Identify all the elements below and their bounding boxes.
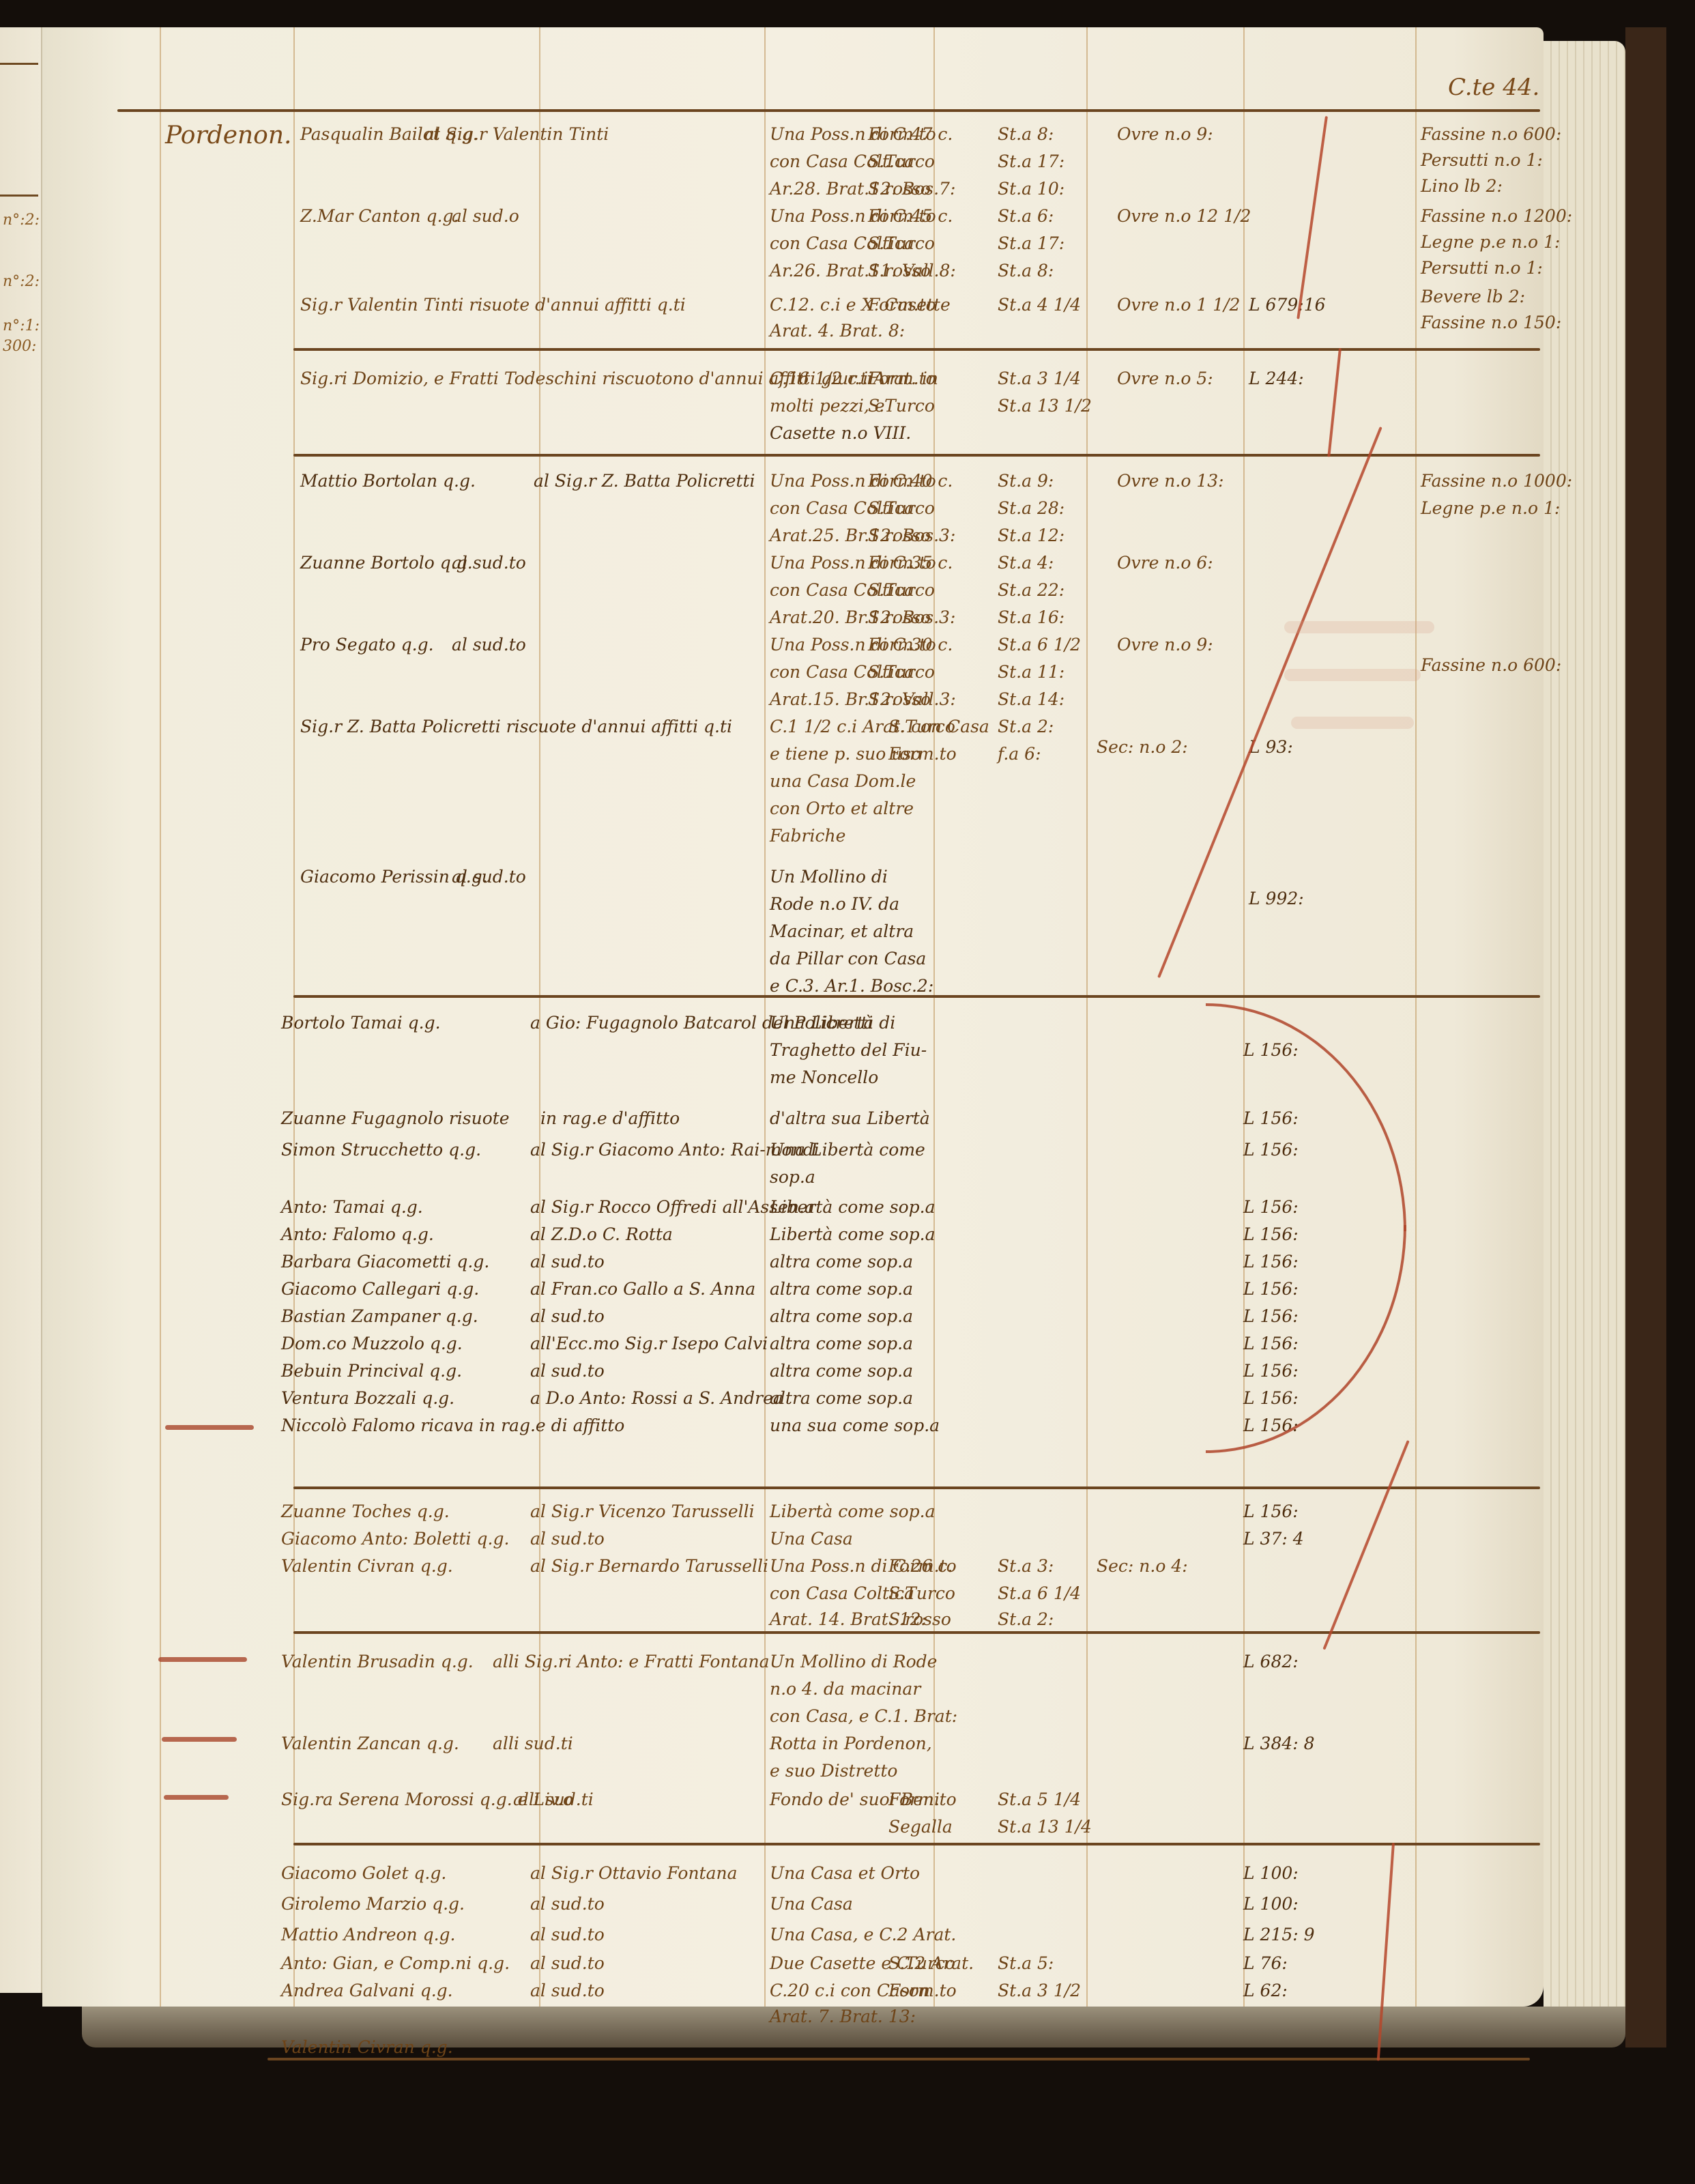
rent-amount: L 244:: [1249, 369, 1304, 389]
rent-amount: L 76:: [1243, 1953, 1288, 1974]
landlord: al sud.to: [530, 1953, 605, 1974]
livestock: Ovre n.o 12 1/2: [1117, 206, 1251, 227]
measure: St.a 12:: [998, 526, 1064, 546]
livestock: Ovre n.o 9:: [1117, 635, 1213, 655]
red-margin-mark: [165, 1425, 254, 1430]
crop: S.Turco: [888, 1583, 955, 1604]
landlord: alli sud.ti: [513, 1790, 594, 1810]
property-line: altra come sop.a: [770, 1388, 913, 1409]
property-line: Un Mollino di Rode: [770, 1652, 937, 1672]
red-smudge: [1284, 621, 1434, 633]
landlord: al Sig.r Valentin Tinti: [424, 124, 609, 145]
landlord: al sud.to: [530, 1361, 605, 1381]
crop: S.Turco: [868, 662, 935, 682]
tenant: Valentin Civran q.g.: [281, 1556, 453, 1577]
red-bracket-arc: [1206, 1225, 1406, 1453]
goods: Fassine n.o 1200:: [1421, 206, 1572, 227]
crop: Form.to: [888, 744, 957, 764]
landlord: al Sig.r Vicenzo Tarusselli: [530, 1501, 755, 1522]
crop: S.Turco: [868, 396, 935, 416]
crop: S.Turco: [868, 580, 935, 601]
landlord: alli sud.ti: [493, 1734, 573, 1754]
property-line: Traghetto del Fiu-: [770, 1040, 927, 1061]
tenant: Barbara Giacometti q.g.: [281, 1252, 489, 1272]
tenant: Sig.r Valentin Tinti risuote d'annui aff…: [300, 295, 686, 315]
measure: St.a 6:: [998, 206, 1054, 227]
section-rule: [293, 1486, 1540, 1489]
measure: St.a 6 1/4: [998, 1583, 1081, 1604]
tenant: Bastian Zampaner q.g.: [281, 1306, 478, 1327]
section-rule: [293, 1843, 1540, 1845]
rule: [0, 195, 38, 197]
rent-amount: L 62:: [1243, 1981, 1288, 2001]
property-line: con Casa, e C.1. Brat:: [770, 1706, 957, 1727]
measure: St.a 28:: [998, 498, 1064, 519]
property-line: Arat. 7. Brat. 13:: [770, 2007, 916, 2027]
rent-amount: L 156:: [1243, 1501, 1299, 1522]
measure: St.a 2:: [998, 717, 1054, 737]
tenant: Zuanne Fugagnolo risuote: [281, 1108, 510, 1129]
crop: Segalla: [888, 1817, 953, 1837]
measure: St.a 8:: [998, 124, 1054, 145]
crop: S.Turco: [868, 498, 935, 519]
place-heading: Pordenon.: [165, 121, 291, 149]
measure: St.a 5 1/4: [998, 1790, 1081, 1810]
livestock: Sec: n.o 2:: [1097, 737, 1188, 758]
tenant: Mattio Bortolan q.g.: [300, 471, 476, 491]
rent-amount: L 679:16: [1249, 295, 1326, 315]
section-rule: [117, 109, 1540, 112]
red-smudge: [1291, 717, 1414, 729]
crop: S.Turco: [888, 1953, 955, 1974]
page-stack-edges: [1544, 41, 1625, 2034]
crop: S.rosso: [888, 1609, 951, 1630]
crop: S.rosso: [868, 689, 931, 710]
landlord: al sud.to: [530, 1894, 605, 1914]
property-line: da Pillar con Casa: [770, 949, 926, 969]
tenant: Giacomo Golet q.g.: [281, 1863, 446, 1884]
measure: St.a 22:: [998, 580, 1064, 601]
tenant: Valentin Zancan q.g.: [281, 1734, 459, 1754]
rule: [0, 63, 38, 65]
crop: Form.to: [888, 1556, 957, 1577]
property-line: n.o 4. da macinar: [770, 1679, 921, 1699]
property-line: Una Casa: [770, 1894, 853, 1914]
tenant: Andrea Galvani q.g.: [281, 1981, 453, 2001]
property-line: Una Casa et Orto: [770, 1863, 920, 1884]
property-line: Casette n.o VIII.: [770, 423, 911, 444]
crop: Form.to: [888, 1981, 957, 2001]
red-margin-mark: [162, 1737, 237, 1742]
rent-amount: L 37: 4: [1243, 1529, 1304, 1549]
tenant: Zuanne Bortolo q.g.: [300, 553, 473, 573]
property-line: Una Casa: [770, 1529, 853, 1549]
landlord: al sud.to: [452, 867, 526, 887]
goods: Persutti n.o 1:: [1421, 258, 1543, 278]
fragment: 300:: [3, 338, 36, 355]
property-line: Libertà come sop.a: [770, 1197, 935, 1218]
property-line: altra come sop.a: [770, 1361, 913, 1381]
measure: St.a 3 1/2: [998, 1981, 1081, 2001]
property-line: con Orto et altre: [770, 799, 914, 819]
tenant: Giacomo Anto: Boletti q.g.: [281, 1529, 509, 1549]
property-line: Arat. 4. Brat. 8:: [770, 321, 905, 341]
property-line: Una Casa, e C.2 Arat.: [770, 1925, 956, 1945]
crop: S.rosso: [868, 179, 931, 199]
landlord: alli Sig.ri Anto: e Fratti Fontana: [493, 1652, 770, 1672]
red-smudge: [1284, 669, 1421, 681]
tenant: Zuanne Toches q.g.: [281, 1501, 450, 1522]
property-line: sop.a: [770, 1167, 815, 1188]
tenant: Simon Strucchetto q.g.: [281, 1140, 481, 1160]
goods: Fassine n.o 150:: [1421, 313, 1561, 333]
rent-amount: L 682:: [1243, 1652, 1299, 1672]
property-line: Macinar, et altra: [770, 921, 914, 942]
crop: Form.to: [868, 553, 936, 573]
landlord: al sud.to: [530, 1981, 605, 2001]
goods: Fassine n.o 1000:: [1421, 471, 1572, 491]
red-bracket-arc: [1206, 1003, 1406, 1231]
goods: Fassine n.o 600:: [1421, 655, 1561, 676]
landlord: al sud.to: [452, 635, 526, 655]
rent-amount: L 992:: [1249, 889, 1304, 909]
property-line: altra come sop.a: [770, 1306, 913, 1327]
landlord: a D.o Anto: Rossi a S. Andrea: [530, 1388, 783, 1409]
property-line: una sua come sop.a: [770, 1416, 940, 1436]
crop: S.Turco: [868, 233, 935, 254]
tenant: Girolemo Marzio q.g.: [281, 1894, 465, 1914]
book-cover: [1625, 27, 1666, 2047]
landlord: in rag.e d'affitto: [540, 1108, 680, 1129]
crop: Form.to: [868, 295, 936, 315]
measure: St.a 9:: [998, 471, 1054, 491]
property-line: altra come sop.a: [770, 1252, 913, 1272]
tenant: Niccolò Falomo ricava in rag.e di affitt…: [281, 1416, 624, 1436]
crop: S.rosso: [868, 526, 931, 546]
property-line: Rotta in Pordenon,: [770, 1734, 932, 1754]
landlord: al sud.to: [530, 1529, 605, 1549]
landlord: al sud.o: [452, 206, 519, 227]
tenant: Giacomo Callegari q.g.: [281, 1279, 479, 1299]
property-line: altra come sop.a: [770, 1279, 913, 1299]
measure: St.a 4 1/4: [998, 295, 1081, 315]
red-margin-mark: [158, 1657, 247, 1662]
landlord: al Sig.r Ottavio Fontana: [530, 1863, 738, 1884]
tenant: Sig.r Z. Batta Policretti riscuote d'ann…: [300, 717, 732, 737]
tenant: Valentin Brusadin q.g.: [281, 1652, 474, 1672]
rent-amount: L 215: 9: [1243, 1925, 1315, 1945]
crop: Form.to: [868, 124, 936, 145]
measure: St.a 17:: [998, 233, 1064, 254]
goods: Persutti n.o 1:: [1421, 150, 1543, 171]
measure: f.a 6:: [998, 744, 1041, 764]
goods: Legne p.e n.o 1:: [1421, 232, 1560, 253]
goods: Lino lb 2:: [1421, 176, 1503, 197]
property-line: Rode n.o IV. da: [770, 894, 899, 915]
landlord: al sud.to: [530, 1252, 605, 1272]
livestock: Sec: n.o 4:: [1097, 1556, 1188, 1577]
property-line: d'altra sua Libertà: [770, 1108, 930, 1129]
livestock: Ovre n.o 5:: [1117, 369, 1213, 389]
property-line: Fabriche: [770, 826, 845, 846]
fragment: n°:2:: [3, 273, 40, 290]
measure: St.a 4:: [998, 553, 1054, 573]
folio-number: C.te 44.: [1448, 74, 1539, 101]
tenant: Bortolo Tamai q.g.: [281, 1013, 441, 1033]
property-line: C.1 1/2 c.i Arat. con Casa: [770, 717, 989, 737]
column-rule: [1415, 27, 1417, 2007]
landlord: al Fran.co Gallo a S. Anna: [530, 1279, 755, 1299]
crop: Form.to: [868, 471, 936, 491]
tenant: Ventura Bozzali q.g.: [281, 1388, 454, 1409]
measure: St.a 14:: [998, 689, 1064, 710]
crop: S.rosso: [868, 261, 931, 281]
measure: St.a 17:: [998, 152, 1064, 172]
livestock: Ovre n.o 9:: [1117, 124, 1213, 145]
measure: St.a 2:: [998, 1609, 1054, 1630]
crop: S.Turco: [888, 717, 955, 737]
crop: Form.to: [888, 1790, 957, 1810]
column-rule: [160, 27, 161, 2007]
goods: Legne p.e n.o 1:: [1421, 498, 1560, 519]
previous-page-edge: n°:2: n°:2: n°:1: 300:: [0, 27, 42, 1993]
measure: St.a 13 1/4: [998, 1817, 1092, 1837]
fragment: n°:1:: [3, 317, 40, 334]
tenant: Pro Segato q.g.: [300, 635, 434, 655]
landlord: al sud.to: [530, 1306, 605, 1327]
property-line: altra come sop.a: [770, 1334, 913, 1354]
livestock: Ovre n.o 13:: [1117, 471, 1224, 491]
tenant: Bebuin Princival q.g.: [281, 1361, 462, 1381]
tenant: Valentin Civran q.g.: [281, 2037, 453, 2058]
property-line: Libertà come sop.a: [770, 1501, 935, 1522]
rent-amount: L 384: 8: [1243, 1734, 1315, 1754]
column-rule: [1086, 27, 1088, 2007]
red-cancel-stroke: [1327, 348, 1342, 457]
measure: St.a 3 1/4: [998, 369, 1081, 389]
goods: Fassine n.o 600:: [1421, 124, 1561, 145]
measure: St.a 11:: [998, 662, 1064, 682]
measure: St.a 3:: [998, 1556, 1054, 1577]
section-rule: [293, 1631, 1540, 1634]
property-line: e suo Distretto: [770, 1761, 897, 1781]
crop: Form.to: [868, 206, 936, 227]
landlord: all'Ecc.mo Sig.r Isepo Calvi: [530, 1334, 768, 1354]
tenant: Anto: Falomo q.g.: [281, 1224, 434, 1245]
landlord: al Sig.r Z. Batta Policretti: [534, 471, 755, 491]
section-rule: [293, 348, 1540, 351]
tenant: Dom.co Muzzolo q.g.: [281, 1334, 463, 1354]
crop: S.rosso: [868, 607, 931, 628]
property-line: Un Mollino di: [770, 867, 888, 887]
crop: S.Turco: [868, 152, 935, 172]
property-line: Una Libertà come: [770, 1140, 925, 1160]
ledger-page: C.te 44. Pordenon. Pasqualin Bailot q.g.…: [42, 27, 1544, 2007]
livestock: Ovre n.o 6:: [1117, 553, 1213, 573]
measure: St.a 16:: [998, 607, 1064, 628]
rent-amount: L 100:: [1243, 1863, 1299, 1884]
property-line: Libertà come sop.a: [770, 1224, 935, 1245]
landlord: al Z.D.o C. Rotta: [530, 1224, 673, 1245]
section-rule: [293, 454, 1540, 457]
measure: St.a 13 1/2: [998, 396, 1092, 416]
measure: St.a 10:: [998, 179, 1064, 199]
tenant: Anto: Tamai q.g.: [281, 1197, 423, 1218]
property-line: me Noncello: [770, 1067, 878, 1088]
measure: St.a 8:: [998, 261, 1054, 281]
landlord: al sud.to: [530, 1925, 605, 1945]
livestock: Ovre n.o 1 1/2: [1117, 295, 1240, 315]
red-cancel-stroke: [1322, 1440, 1409, 1650]
tenant: Anto: Gian, e Comp.ni q.g.: [281, 1953, 510, 1974]
landlord: al sud.to: [452, 553, 526, 573]
property-line: e C.3. Ar.1. Bosc.2:: [770, 976, 933, 996]
tenant: Mattio Andreon q.g.: [281, 1925, 456, 1945]
fragment: n°:2:: [3, 212, 40, 229]
landlord: al Sig.r Bernardo Tarusselli: [530, 1556, 768, 1577]
measure: St.a 5:: [998, 1953, 1054, 1974]
property-line: Una Libertà di: [770, 1013, 895, 1033]
rent-amount: L 100:: [1243, 1894, 1299, 1914]
bottom-rule: [267, 2058, 1530, 2060]
crop: Form.to: [868, 369, 936, 389]
tenant: Z.Mar Canton q.g.: [300, 206, 459, 227]
measure: St.a 6 1/2: [998, 635, 1081, 655]
goods: Bevere lb 2:: [1421, 287, 1525, 307]
red-cancel-stroke: [1296, 116, 1328, 319]
red-margin-mark: [164, 1795, 229, 1800]
crop: Form.to: [868, 635, 936, 655]
property-line: una Casa Dom.le: [770, 771, 916, 792]
